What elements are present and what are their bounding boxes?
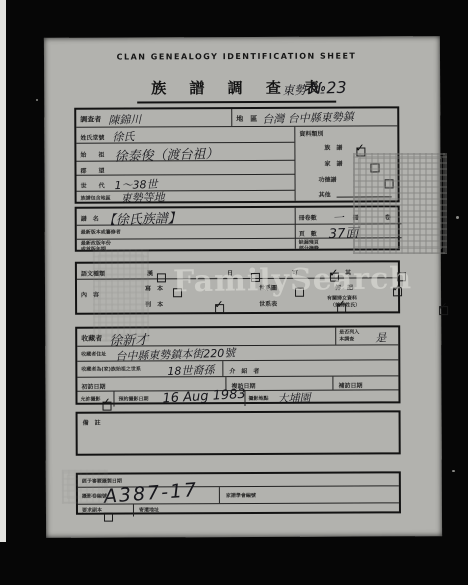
seal-stamp-bottom-left (62, 470, 108, 504)
society-number-label: 家譜學會編號 (226, 493, 256, 499)
clan-label: 姓氏堂號 (80, 133, 104, 142)
section-basic-info: 調查者 陳錦川 地 區 台灣 台中縣東勢鎮 姓氏堂號 徐氏 始 祖 徐泰俊（渡台… (74, 106, 399, 203)
volumes-label: 冊卷數 (299, 213, 317, 222)
check-mark: ✓ (439, 300, 448, 313)
included-label-line2: 本調查 (339, 337, 354, 343)
category-header: 資料類別 (299, 129, 323, 138)
scanner-edge-strip (0, 0, 6, 542)
divider (244, 391, 245, 406)
pages-label: 頁 數 (299, 229, 317, 238)
section-remarks: 備 註 (76, 410, 401, 455)
address-label: 收藏者住址 (81, 352, 106, 358)
clan-value: 徐氏 (112, 128, 134, 145)
content-women-line2: （媳婦姓氏） (330, 302, 360, 308)
row-ancestor: 始 祖 徐泰俊（渡台祖） (76, 143, 294, 162)
scanned-document: CLAN GENEALOGY IDENTIFICATION SHEET 族 譜 … (0, 0, 468, 585)
genealogy-title-label: 譜 名 (81, 214, 99, 223)
chinese-title-wrap: 族 譜 調 查 表 (74, 76, 399, 103)
photo-date-label: 預約攝影日期 (118, 396, 148, 402)
divider (219, 487, 220, 503)
surveyor-value: 陳錦川 (108, 111, 141, 128)
coverage-label: 族譜包含地區 (81, 196, 111, 202)
row-address: 收藏者住址 台中縣東勢鎮本街220號 (77, 345, 398, 361)
relation-label: 收藏者為(家)族始祖之世系 (81, 366, 141, 372)
photo-place-value: 大埔園 (277, 389, 310, 406)
visit3-label: 補訪日期 (338, 380, 362, 389)
defect-line2: 部分摘錄 (299, 246, 319, 252)
form-page: CLAN GENEALOGY IDENTIFICATION SHEET 族 譜 … (44, 36, 442, 538)
ancestor-label: 始 祖 (80, 150, 104, 159)
seal-inner (98, 254, 144, 336)
return-address-label: 寄還地址 (139, 507, 159, 513)
included-label-line1: 是否列入 (339, 329, 359, 335)
divider (335, 328, 336, 345)
edition-label: 最新版本或纂修者 (81, 230, 121, 236)
content-women-checkbox: ✓ (440, 306, 449, 315)
coverage-value: 東勢等地 (120, 189, 164, 206)
english-title: CLAN GENEALOGY IDENTIFICATION SHEET (74, 51, 399, 61)
content-printed-checkbox: ✓ (215, 304, 224, 313)
row-relation: 收藏者為(家)族始祖之世系 18世裔孫 介 紹 者 (77, 360, 398, 377)
row-hall: 郡 望 (76, 161, 294, 176)
copy-request-label: 要求副本 (82, 508, 102, 514)
section-filming: 經予審覈攝製日期 攝影卷編號 家譜學會編號 要求副本 寄還地址 A387-17 (76, 471, 401, 514)
row-genealogy-title: 譜 名 【徐氏族譜】 (77, 208, 295, 226)
category-family-label: 家 譜 (324, 159, 342, 168)
included-value: 是 (375, 329, 386, 345)
surveyor-label: 調查者 (80, 115, 101, 125)
dust-speck (456, 216, 459, 219)
seal-stamp-right (353, 153, 447, 254)
seal-stamp-left (93, 249, 149, 341)
row-generations: 世 代 1～38世 (77, 175, 295, 192)
seal-inner (358, 158, 442, 249)
check-mark: ✓ (214, 298, 223, 311)
area-label: 地 區 (236, 114, 257, 124)
row-surveyor-area: 調查者 陳錦川 地 區 台灣 台中縣東勢鎮 (76, 108, 397, 127)
photo-place-label: 攝影地點 (248, 396, 268, 402)
divider (332, 377, 333, 390)
dust-speck (36, 99, 38, 101)
hall-label: 郡 望 (80, 166, 104, 175)
row-photography: 允許攝影 ✓ 預約攝影日期 16 Aug 1983 攝影地點 大埔園 (77, 390, 398, 406)
category-other-label: 其他 (319, 190, 331, 199)
photo-permit-checkbox: ✓ (102, 402, 111, 411)
corner-place: 東勢 (282, 83, 306, 98)
corner-number: №23 (309, 78, 347, 98)
area-value: 台灣 台中縣東勢鎮 (262, 108, 354, 127)
copy-request-checkbox (104, 513, 113, 522)
content-table-label: 世系表 (259, 299, 277, 308)
category-genealogy-label: 族 譜 (324, 143, 342, 152)
check-mark: ✓ (101, 396, 110, 409)
row-clan: 姓氏堂號 徐氏 (76, 127, 294, 144)
divider (231, 109, 232, 126)
corner-serial-note: 東勢 №23 (282, 78, 347, 99)
category-merit-label: 功德譜 (319, 175, 337, 184)
section-title-volumes: 譜 名 【徐氏族譜】 最新版本或纂修者 最新改版年份 或首版年期 冊卷數 一 冊… (75, 205, 400, 251)
row-edition: 最新版本或纂修者 (77, 225, 295, 240)
divider (222, 361, 223, 376)
generations-label: 世 代 (81, 181, 105, 190)
divider (113, 392, 114, 407)
dust-speck (452, 470, 455, 472)
familysearch-watermark: FamilySearch (173, 261, 413, 299)
remarks-label: 備 註 (83, 418, 101, 427)
introducer-label: 介 紹 者 (229, 366, 259, 375)
row-coverage: 族譜包含地區 東勢等地 (77, 191, 295, 206)
photo-permit-label: 允許攝影 (80, 397, 100, 403)
visit1-label: 初訪日期 (81, 382, 105, 391)
divider (133, 504, 134, 516)
seal-inner (67, 475, 103, 499)
